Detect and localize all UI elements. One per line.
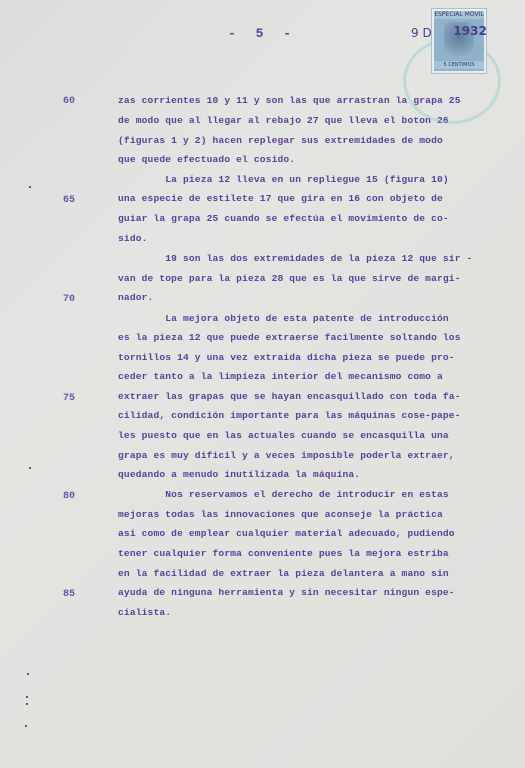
binding-hole-mark: [27, 673, 29, 675]
page-number: - 5 -: [228, 26, 297, 41]
binding-hole-mark: [26, 696, 28, 698]
text-line: cilidad, condición importante para las m…: [118, 410, 461, 421]
text-line: mejoras todas las innovaciones que acons…: [118, 509, 443, 520]
text-line: asi como de emplear cualquier material a…: [118, 528, 455, 539]
margin-line-number: 75: [63, 393, 75, 404]
binding-hole-mark: [26, 703, 28, 705]
margin-line-number: 60: [63, 96, 75, 107]
stamp-bottom-text: 5 CENTIMOS: [434, 61, 484, 69]
revenue-stamp: ESPECIAL MOVIL 5 CENTIMOS: [432, 9, 486, 73]
margin-line-number: 65: [63, 195, 75, 206]
text-line: La mejora objeto de esta patente de intr…: [118, 313, 449, 324]
binding-hole-mark: [29, 186, 31, 188]
text-line: extraer las grapas que se hayan encasqui…: [118, 391, 461, 402]
text-line: ayuda de ninguna herramienta y sin neces…: [118, 587, 455, 598]
text-line: una especie de estilete 17 que gira en 1…: [118, 193, 443, 204]
text-line: van de tope para la pieza 28 que es la q…: [118, 273, 461, 284]
text-line: ceder tanto a la limpieza interior del m…: [118, 371, 443, 382]
text-line: sido.: [118, 233, 148, 244]
text-line: grapa es muy dificil y a veces imposible…: [118, 450, 455, 461]
text-line: La pieza 12 lleva en un repliegue 15 (fi…: [118, 174, 449, 185]
text-line: 19 son las dos extremidades de la pieza …: [118, 253, 472, 264]
stamp-top-text: ESPECIAL MOVIL: [434, 11, 484, 19]
margin-line-number: 85: [63, 589, 75, 600]
text-line: es la pieza 12 que puede extraerse facil…: [118, 332, 461, 343]
binding-hole-mark: [25, 725, 27, 727]
margin-line-number: 70: [63, 294, 75, 305]
text-line: de modo que al llegar al rebajo 27 que l…: [118, 115, 449, 126]
text-line: quedando a menudo inutilizada la máquina…: [118, 469, 360, 480]
text-line: guiar la grapa 25 cuando se efectúa el m…: [118, 213, 449, 224]
text-line: cialista.: [118, 607, 171, 618]
text-line: Nos reservamos el derecho de introducir …: [118, 489, 449, 500]
text-line: nador.: [118, 292, 153, 303]
margin-line-number: 80: [63, 491, 75, 502]
text-line: que quede efectuado el cosido.: [118, 154, 295, 165]
text-line: les puesto que en las actuales cuando se…: [118, 430, 449, 441]
text-line: en la facilidad de extraer la pieza dela…: [118, 568, 449, 579]
text-line: tornillos 14 y una vez extraida dicha pi…: [118, 352, 455, 363]
date-stamp-year: 1932: [453, 24, 486, 38]
binding-hole-mark: [29, 467, 31, 469]
text-line: (figuras 1 y 2) hacen replegar sus extre…: [118, 135, 443, 146]
text-line: tener cualquier forma conveniente pues l…: [118, 548, 449, 559]
